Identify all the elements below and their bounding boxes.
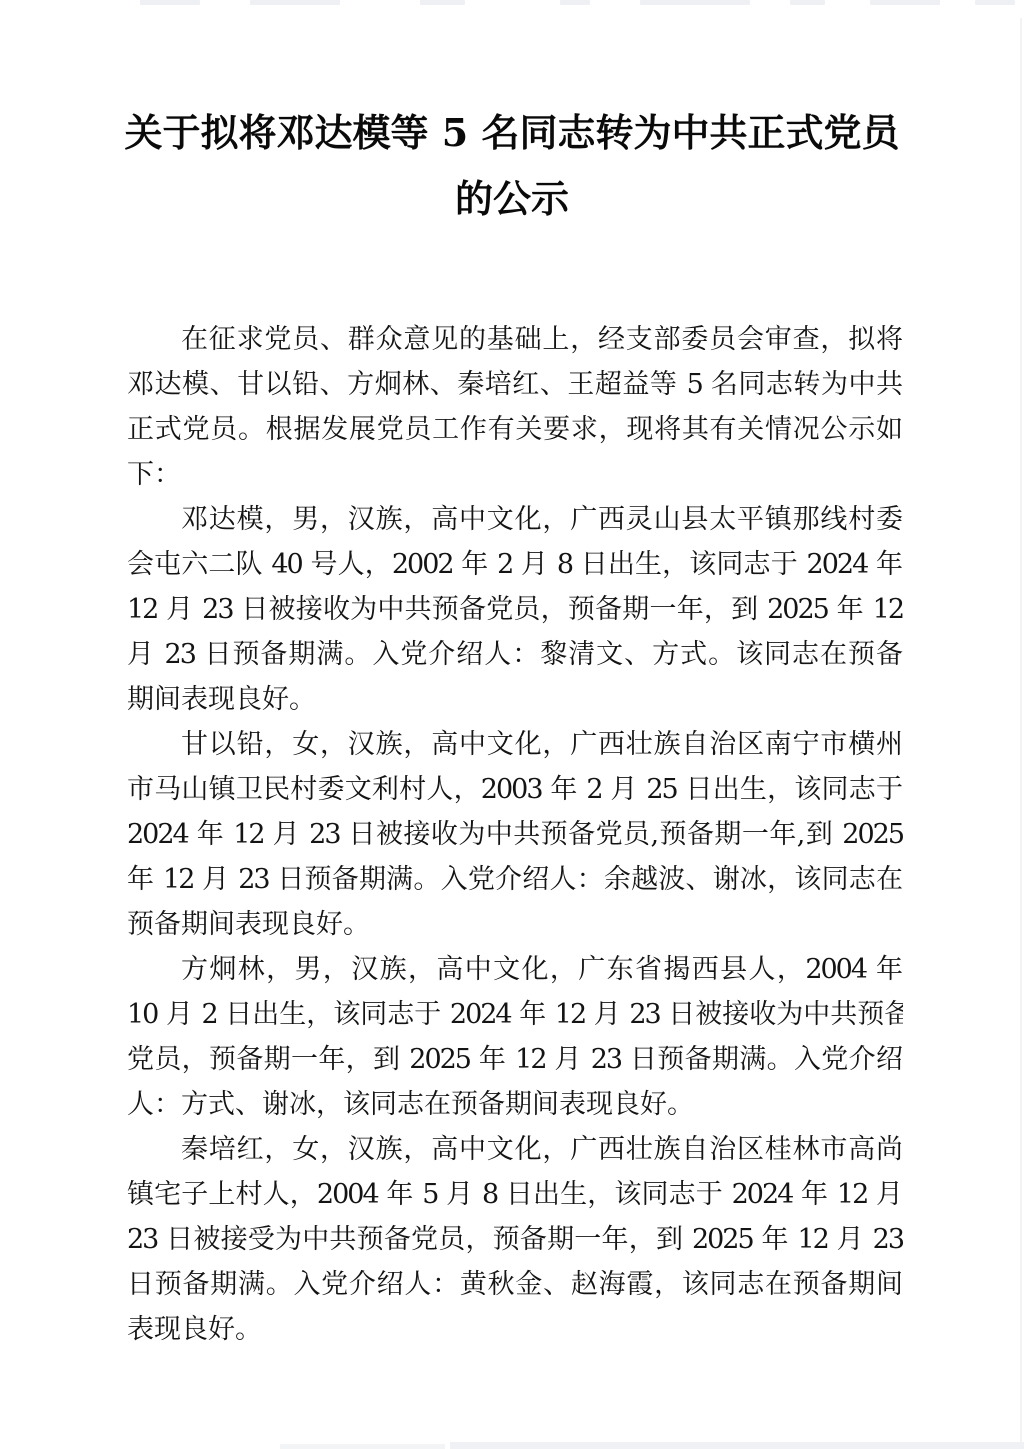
text-line: 秦培红，女，汉族，高中文化，广西壮族自治区桂林市高尚 [127, 1127, 903, 1172]
scan-artifact-bottom [280, 1444, 445, 1449]
paragraph: 甘以铅，女，汉族，高中文化，广西壮族自治区南宁市横州市马山镇卫民村委文利村人，2… [127, 722, 903, 947]
paragraph: 方炯林，男，汉族，高中文化，广东省揭西县人，2004 年10 月 2 日出生，该… [127, 947, 903, 1127]
text-line: 12 月 23 日被接收为中共预备党员，预备期一年，到 2025 年 12 [127, 587, 903, 632]
text-line: 方炯林，男，汉族，高中文化，广东省揭西县人，2004 年 [127, 947, 903, 992]
text-line: 邓达模、甘以铅、方炯林、秦培红、王超益等 5 名同志转为中共 [127, 362, 903, 407]
text-line: 在征求党员、群众意见的基础上，经支部委员会审查，拟将 [127, 317, 903, 362]
text-line: 23 日被接受为中共预备党员，预备期一年，到 2025 年 12 月 23 [127, 1217, 903, 1262]
text-line: 镇宅子上村人，2004 年 5 月 8 日出生，该同志于 2024 年 12 月 [127, 1172, 903, 1217]
scan-artifact-right-edge [1020, 18, 1022, 1449]
paragraph: 秦培红，女，汉族，高中文化，广西壮族自治区桂林市高尚镇宅子上村人，2004 年 … [127, 1127, 903, 1352]
text-line: 预备期间表现良好。 [127, 902, 903, 947]
paragraph: 在征求党员、群众意见的基础上，经支部委员会审查，拟将邓达模、甘以铅、方炯林、秦培… [127, 317, 903, 497]
text-line: 党员，预备期一年，到 2025 年 12 月 23 日预备期满。入党介绍 [127, 1037, 903, 1082]
text-line: 期间表现良好。 [127, 677, 903, 722]
text-line: 正式党员。根据发展党员工作有关要求，现将其有关情况公示如 [127, 407, 903, 452]
text-line: 日预备期满。入党介绍人：黄秋金、赵海霞，该同志在预备期间 [127, 1262, 903, 1307]
text-line: 月 23 日预备期满。入党介绍人：黎清文、方式。该同志在预备 [127, 632, 903, 677]
text-line: 10 月 2 日出生，该同志于 2024 年 12 月 23 日被接收为中共预备 [127, 992, 903, 1037]
text-line: 人：方式、谢冰，该同志在预备期间表现良好。 [127, 1082, 903, 1127]
document-title: 关于拟将邓达模等 5 名同志转为中共正式党员 的公示 [0, 100, 1024, 232]
text-line: 年 12 月 23 日预备期满。入党介绍人：余越波、谢冰，该同志在 [127, 857, 903, 902]
text-line: 2024 年 12 月 23 日被接收为中共预备党员,预备期一年,到 2025 [127, 812, 903, 857]
paragraph: 邓达模，男，汉族，高中文化，广西灵山县太平镇那线村委会屯六二队 40 号人，20… [127, 497, 903, 722]
text-line: 表现良好。 [127, 1307, 903, 1352]
text-line: 下： [127, 452, 903, 497]
text-line: 甘以铅，女，汉族，高中文化，广西壮族自治区南宁市横州 [127, 722, 903, 767]
text-line: 市马山镇卫民村委文利村人，2003 年 2 月 25 日出生，该同志于 [127, 767, 903, 812]
document-body: 在征求党员、群众意见的基础上，经支部委员会审查，拟将邓达模、甘以铅、方炯林、秦培… [127, 317, 903, 1352]
text-line: 邓达模，男，汉族，高中文化，广西灵山县太平镇那线村委 [127, 497, 903, 542]
scan-artifact-top [0, 0, 1024, 6]
title-line-2: 的公示 [0, 166, 1024, 232]
title-line-1: 关于拟将邓达模等 5 名同志转为中共正式党员 [0, 100, 1024, 166]
scan-artifact-bottom [450, 1442, 1024, 1449]
text-line: 会屯六二队 40 号人，2002 年 2 月 8 日出生，该同志于 2024 年 [127, 542, 903, 587]
document-page: 关于拟将邓达模等 5 名同志转为中共正式党员 的公示 在征求党员、群众意见的基础… [0, 0, 1024, 1449]
